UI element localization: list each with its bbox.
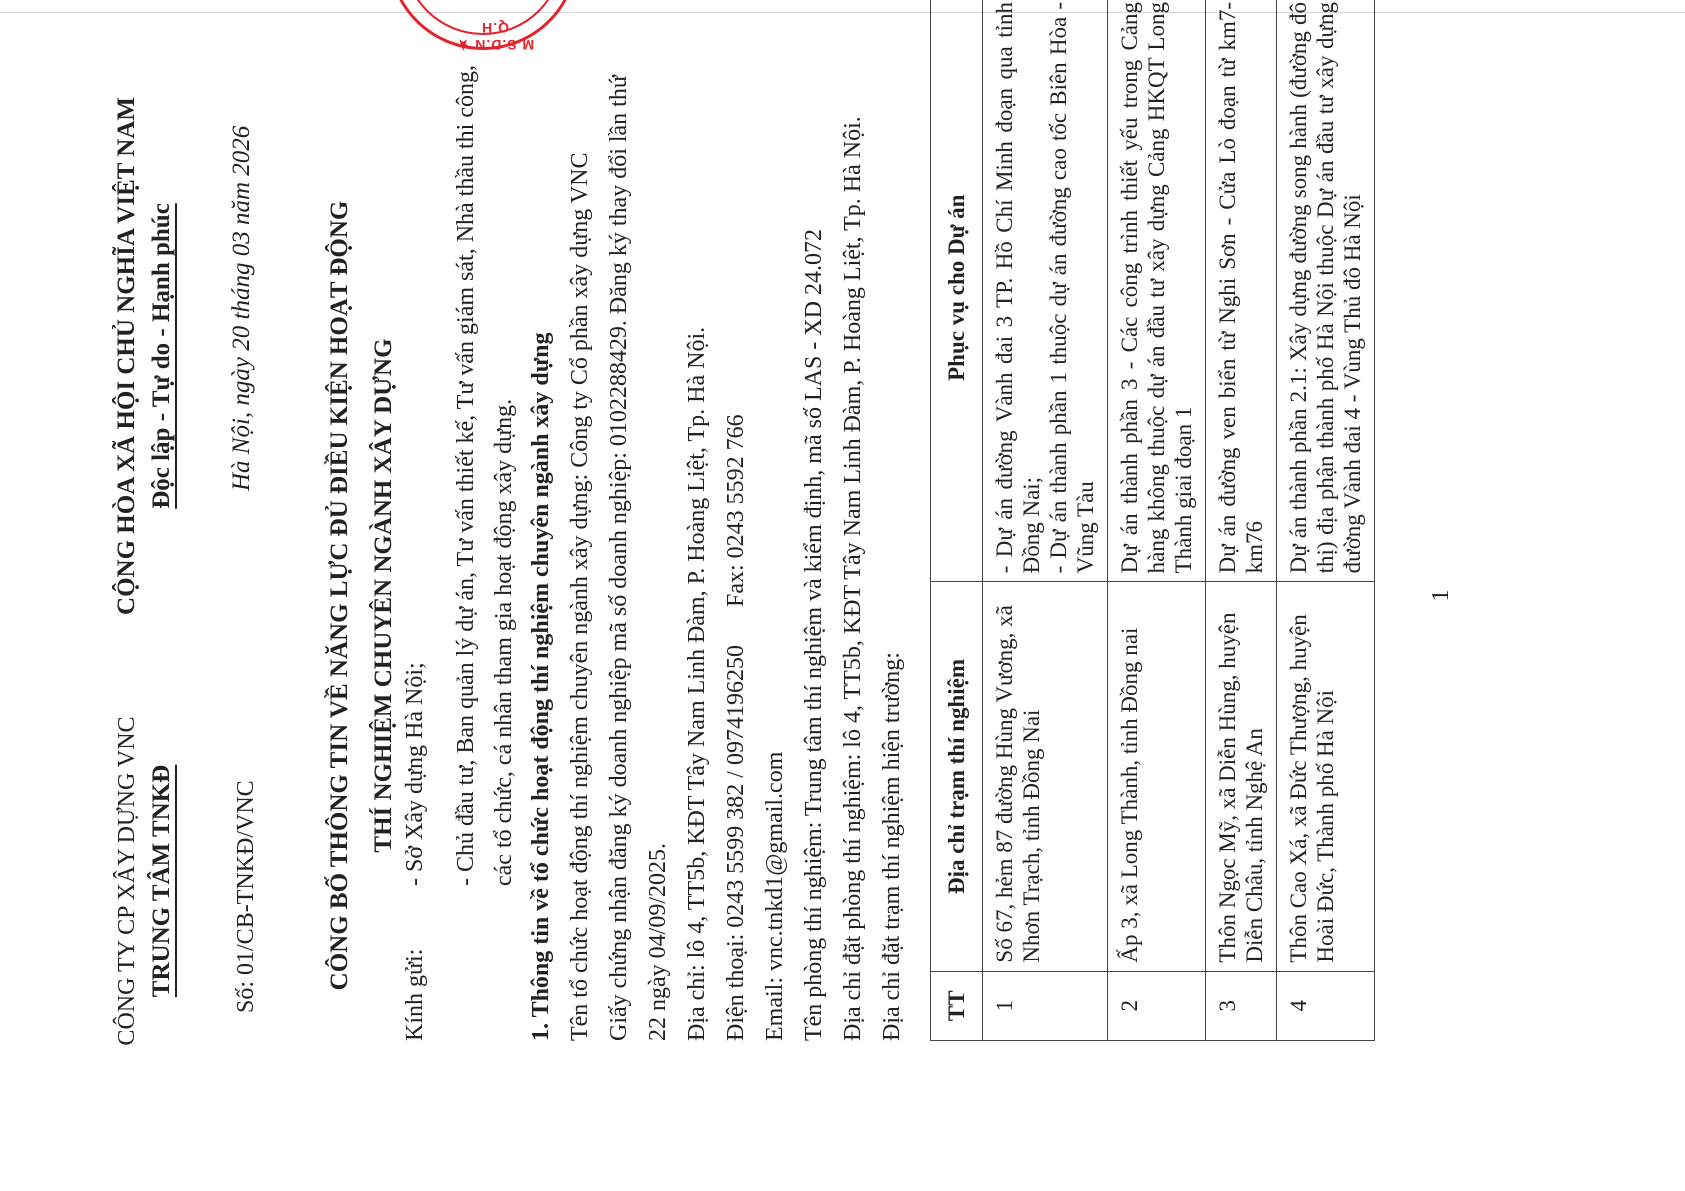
nation-name: CỘNG HÒA XÃ HỘI CHỦ NGHĨA VIỆT NAM <box>112 36 142 676</box>
lab-address: Địa chỉ đặt phòng thí nghiệm: lô 4, TT5b… <box>834 51 873 1041</box>
cell-tt: 4 <box>1277 971 1375 1040</box>
org-name: Tên tổ chức hoạt động thí nghiệm chuyên … <box>561 51 600 1041</box>
org-address: Địa chỉ: lô 4, TT5b, KĐT Tây Nam Linh Đà… <box>678 51 717 1041</box>
page-number: 1 <box>1428 0 1455 1191</box>
table-row: 1Số 67, hẻm 87 đường Hùng Vương, xã Nhơn… <box>983 0 1108 1041</box>
section-1-heading: 1. Thông tin về tổ chức hoạt động thí ng… <box>522 51 561 1041</box>
cell-station-address: Ấp 3, xã Long Thành, tỉnh Đồng nai <box>1108 582 1206 971</box>
sites-intro: Địa chỉ đặt trạm thí nghiệm hiện trường: <box>873 51 912 1041</box>
project-item: - Dự án đường Vành đai 3 TP. Hồ Chí Minh… <box>991 2 1045 573</box>
lab-name: Tên phòng thí nghiệm: Trung tâm thí nghi… <box>795 51 834 1041</box>
cell-project: Dự án đường ven biển từ Nghi Sơn - Cửa L… <box>1206 0 1277 582</box>
recipient-1: - Sở Xây dựng Hà Nội; <box>402 662 429 886</box>
document-page: CÔNG TY CP XÂY DỰNG VNC TRUNG TÂM TNKĐ C… <box>0 0 1685 1191</box>
col-header-project: Phục vụ cho Dự án <box>931 0 983 582</box>
document-title: CÔNG BỐ THÔNG TIN VỀ NĂNG LỰC ĐỦ ĐIỀU KI… <box>318 0 406 1191</box>
issuer-block: CÔNG TY CP XÂY DỰNG VNC TRUNG TÂM TNKĐ <box>112 681 182 1081</box>
table-header-row: TT Địa chỉ trạm thí nghiệm Phục vụ cho D… <box>931 0 983 1041</box>
national-heading: CỘNG HÒA XÃ HỘI CHỦ NGHĨA VIỆT NAM Độc l… <box>112 36 182 676</box>
cell-station-address: Số 67, hẻm 87 đường Hùng Vương, xã Nhơn … <box>983 582 1108 971</box>
center-name: TRUNG TÂM TNKĐ <box>142 681 182 1081</box>
col-header-tt: TT <box>931 971 983 1040</box>
email: Email: vnc.tnkd1@gmail.com <box>756 51 795 1041</box>
registration-info: Giấy chứng nhận đăng ký doanh nghiệp mã … <box>600 51 678 1041</box>
company-name: CÔNG TY CP XÂY DỰNG VNC <box>112 681 142 1081</box>
field-stations-table: TT Địa chỉ trạm thí nghiệm Phục vụ cho D… <box>930 0 1375 1041</box>
national-motto: Độc lập - Tự do - Hạnh phúc <box>142 36 182 676</box>
fax-number: Fax: 0243 5592 766 <box>723 414 749 607</box>
cell-tt: 1 <box>983 971 1108 1040</box>
contact-line: Điện thoại: 0243 5599 382 / 0974196250 F… <box>717 51 756 1041</box>
recipient-2: - Chủ đầu tư, Ban quản lý dự án, Tư vấn … <box>447 56 523 886</box>
table-row: 3Thôn Ngọc Mỹ, xã Diễn Hùng, huyện Diễn … <box>1206 0 1277 1041</box>
phone-number: Điện thoại: 0243 5599 382 / 0974196250 <box>723 645 749 1041</box>
project-item: Dự án đường ven biển từ Nghi Sơn - Cửa L… <box>1214 2 1268 573</box>
cell-project: Dự án thành phần 2.1: Xây dựng đường son… <box>1277 0 1375 582</box>
section-1: 1. Thông tin về tổ chức hoạt động thí ng… <box>522 51 912 1041</box>
cell-project: - Dự án đường Vành đai 3 TP. Hồ Chí Minh… <box>983 0 1108 582</box>
col-header-address: Địa chỉ trạm thí nghiệm <box>931 582 983 971</box>
cell-station-address: Thôn Ngọc Mỹ, xã Diễn Hùng, huyện Diễn C… <box>1206 582 1277 971</box>
table-row: 4Thôn Cao Xá, xã Đức Thượng, huyện Hoài … <box>1277 0 1375 1041</box>
title-line-2: THÍ NGHIỆM CHUYÊN NGÀNH XÂY DỰNG <box>362 0 406 1191</box>
table-body: 1Số 67, hẻm 87 đường Hùng Vương, xã Nhơn… <box>983 0 1375 1041</box>
project-item: - Dự án thành phần 1 thuộc dự án đường c… <box>1045 2 1099 573</box>
title-line-1: CÔNG BỐ THÔNG TIN VỀ NĂNG LỰC ĐỦ ĐIỀU KI… <box>318 0 362 1191</box>
cell-station-address: Thôn Cao Xá, xã Đức Thượng, huyện Hoài Đ… <box>1277 582 1375 971</box>
cell-tt: 2 <box>1108 971 1206 1040</box>
project-item: Dự án thành phần 2.1: Xây dựng đường son… <box>1285 2 1366 573</box>
cell-tt: 3 <box>1206 971 1277 1040</box>
cell-project: Dự án thành phần 3 - Các công trình thiế… <box>1108 0 1206 582</box>
table-row: 2Ấp 3, xã Long Thành, tỉnh Đồng naiDự án… <box>1108 0 1206 1041</box>
recipients-label: Kính gửi: <box>402 949 429 1041</box>
document-date: Hà Nội, ngày 20 tháng 03 năm 2026 <box>228 126 256 491</box>
project-item: Dự án thành phần 3 - Các công trình thiế… <box>1116 2 1197 573</box>
reference-number: Số: 01/CB-TNKĐ/VNC <box>233 780 260 1013</box>
